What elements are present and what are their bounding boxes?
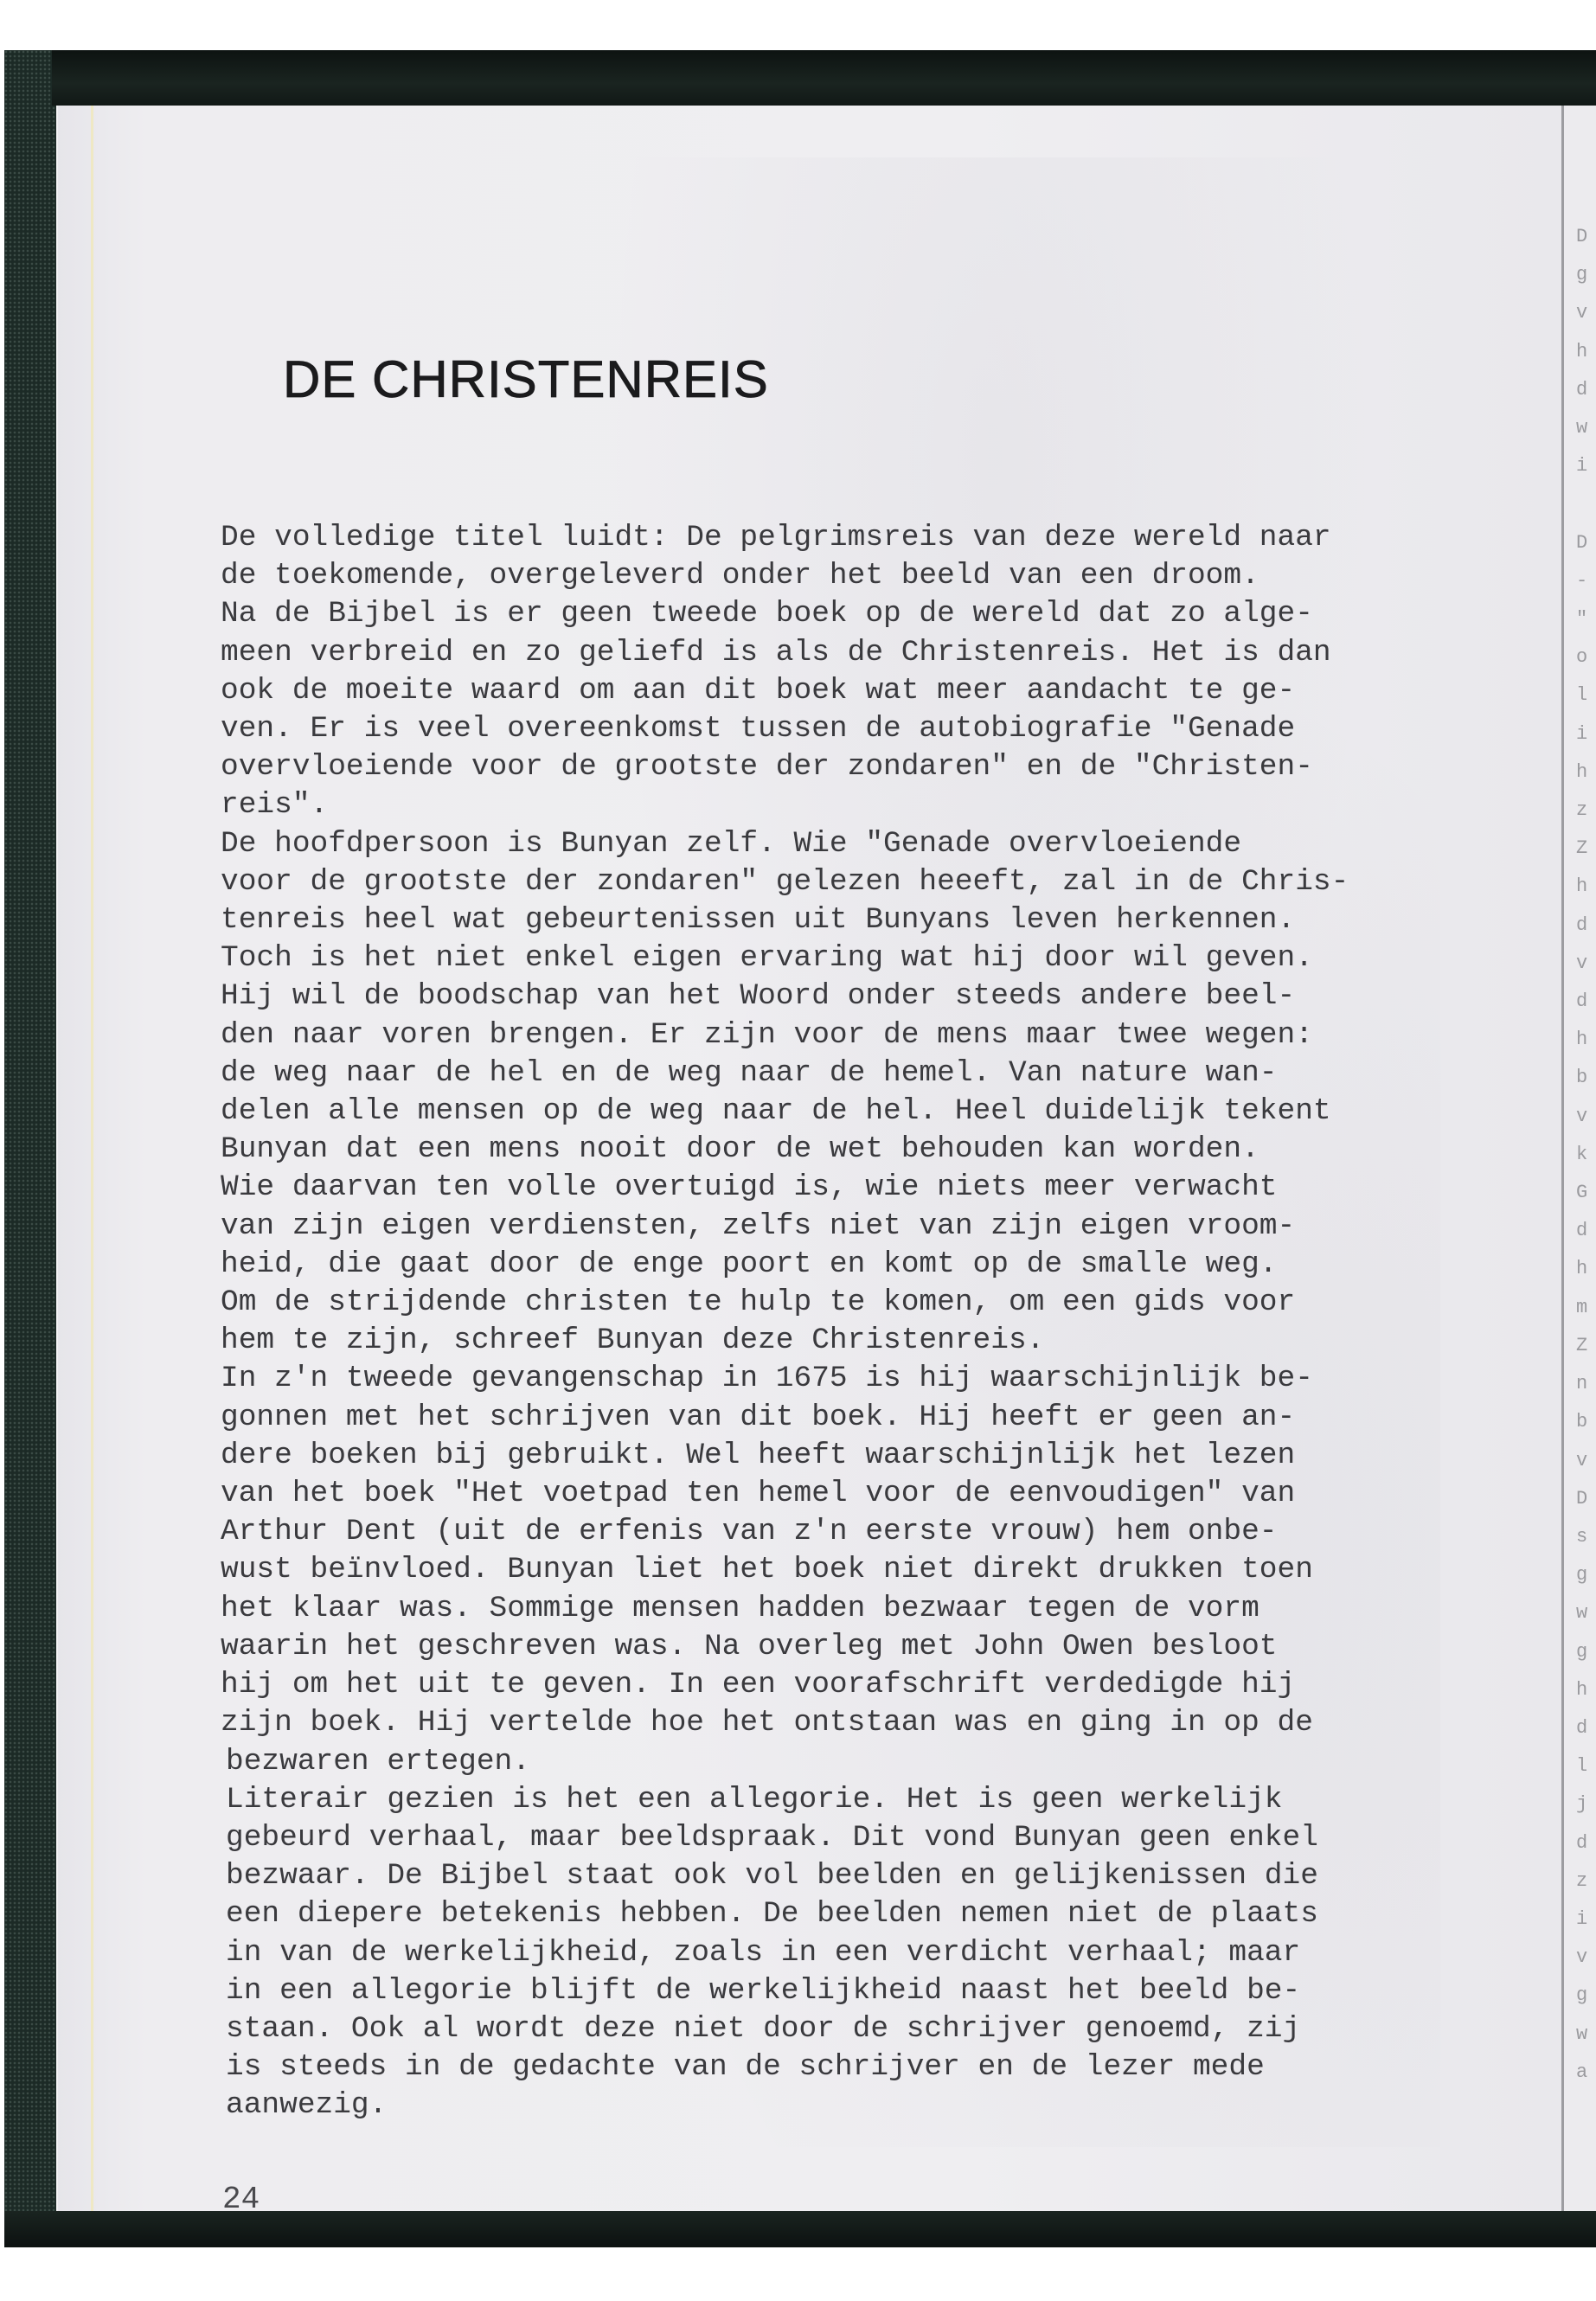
text-line: staan. Ook al wordt deze niet door de sc… [221, 2010, 1518, 2048]
text-line: Om de strijdende christen te hulp te kom… [221, 1284, 1518, 1322]
text-line: zijn boek. Hij vertelde hoe het ontstaan… [221, 1704, 1518, 1742]
text-line: bezwaar. De Bijbel staat ook vol beelden… [221, 1857, 1518, 1895]
page-number: 24 [222, 2182, 260, 2217]
strip-letter: w [1576, 409, 1587, 447]
text-line: van zijn eigen verdiensten, zelfs niet v… [221, 1208, 1518, 1246]
text-line: delen alle mensen op de weg naar de hel.… [221, 1093, 1518, 1131]
text-line: den naar voren brengen. Er zijn voor de … [221, 1016, 1518, 1054]
text-line: van het boek "Het voetpad ten hemel voor… [221, 1475, 1518, 1513]
strip-letter: G [1576, 1174, 1587, 1212]
text-line: meen verbreid en zo geliefd is als de Ch… [221, 634, 1518, 672]
text-line: Na de Bijbel is er geen tweede boek op d… [221, 595, 1518, 633]
strip-letter: h [1576, 1021, 1587, 1059]
strip-letter: s [1576, 1518, 1587, 1556]
text-line: een diepere betekenis hebben. De beelden… [221, 1895, 1518, 1933]
strip-letter: " [1576, 600, 1587, 638]
text-line: In z'n tweede gevangenschap in 1675 is h… [221, 1360, 1518, 1398]
text-line: bezwaren ertegen. [221, 1743, 1518, 1781]
strip-letter: h [1576, 1250, 1587, 1288]
strip-letter: d [1576, 907, 1587, 945]
strip-letter: g [1576, 256, 1587, 294]
strip-letter: v [1576, 1098, 1587, 1136]
text-line: Toch is het niet enkel eigen ervaring wa… [221, 939, 1518, 977]
strip-letter: k [1576, 1136, 1587, 1174]
strip-letter: n [1576, 1365, 1587, 1403]
strip-letter: d [1576, 983, 1587, 1021]
book-page: DE CHRISTENREIS De volledige titel luidt… [56, 106, 1561, 2211]
strip-letter: d [1576, 371, 1587, 409]
strip-letter: i [1576, 715, 1587, 753]
adjacent-page-letters: Dgvhdwi D-"olihzZhdvdhbvkGdhmZnbvDsgwghd… [1576, 218, 1587, 2092]
text-line: dere boeken bij gebruikt. Wel heeft waar… [221, 1437, 1518, 1475]
strip-letter: D [1576, 1480, 1587, 1518]
strip-letter: a [1576, 2054, 1587, 2092]
strip-letter: w [1576, 1594, 1587, 1632]
text-line: overvloeiende voor de grootste der zonda… [221, 748, 1518, 786]
text-line: ook de moeite waard om aan dit boek wat … [221, 672, 1518, 710]
text-line: wust beïnvloed. Bunyan liet het boek nie… [221, 1551, 1518, 1589]
strip-letter: D [1576, 218, 1587, 256]
text-line: De hoofdpersoon is Bunyan zelf. Wie "Gen… [221, 825, 1518, 863]
top-binding-band [52, 50, 1596, 106]
strip-letter: v [1576, 294, 1587, 332]
strip-letter: z [1576, 1862, 1587, 1900]
text-line: voor de grootste der zondaren" gelezen h… [221, 863, 1518, 901]
strip-letter: w [1576, 2016, 1587, 2054]
strip-letter [1576, 485, 1587, 523]
strip-letter: i [1576, 447, 1587, 485]
strip-letter: o [1576, 638, 1587, 676]
strip-letter: v [1576, 1442, 1587, 1480]
text-line: in een allegorie blijft de werkelijkheid… [221, 1972, 1518, 2010]
body-text: De volledige titel luidt: De pelgrimsrei… [221, 519, 1518, 2125]
text-line: tenreis heel wat gebeurtenissen uit Buny… [221, 901, 1518, 939]
strip-letter: g [1576, 1556, 1587, 1594]
book-binding: DE CHRISTENREIS De volledige titel luidt… [4, 50, 1596, 2247]
text-line: het klaar was. Sommige mensen hadden bez… [221, 1590, 1518, 1628]
text-line: in van de werkelijkheid, zoals in een ve… [221, 1934, 1518, 1972]
text-line: de toekomende, overgeleverd onder het be… [221, 557, 1518, 595]
text-line: hem te zijn, schreef Bunyan deze Christe… [221, 1322, 1518, 1360]
strip-letter: b [1576, 1059, 1587, 1097]
text-line: Wie daarvan ten volle overtuigd is, wie … [221, 1169, 1518, 1207]
strip-letter: - [1576, 562, 1587, 600]
strip-letter: h [1576, 333, 1587, 371]
strip-letter: g [1576, 1977, 1587, 2015]
strip-letter: i [1576, 1900, 1587, 1939]
text-line: Hij wil de boodschap van het Woord onder… [221, 977, 1518, 1016]
strip-letter: h [1576, 868, 1587, 906]
text-line: de weg naar de hel en de weg naar de hem… [221, 1054, 1518, 1093]
strip-letter: j [1576, 1785, 1587, 1823]
strip-letter: d [1576, 1212, 1587, 1250]
page-edge-line [91, 106, 93, 2211]
text-line: hij om het uit te geven. In een voorafsc… [221, 1666, 1518, 1704]
strip-letter: Z [1576, 830, 1587, 868]
strip-letter: b [1576, 1403, 1587, 1441]
text-line: waarin het geschreven was. Na overleg me… [221, 1628, 1518, 1666]
text-line: gonnen met het schrijven van dit boek. H… [221, 1399, 1518, 1437]
strip-letter: v [1576, 1939, 1587, 1977]
strip-letter: d [1576, 1709, 1587, 1747]
text-line: Bunyan dat een mens nooit door de wet be… [221, 1131, 1518, 1169]
page-title: DE CHRISTENREIS [283, 349, 769, 409]
text-line: gebeurd verhaal, maar beeldspraak. Dit v… [221, 1819, 1518, 1857]
strip-letter: Z [1576, 1327, 1587, 1365]
text-line: Arthur Dent (uit de erfenis van z'n eers… [221, 1513, 1518, 1551]
strip-letter: d [1576, 1824, 1587, 1862]
text-line: De volledige titel luidt: De pelgrimsrei… [221, 519, 1518, 557]
strip-letter: g [1576, 1633, 1587, 1671]
adjacent-page-edge: Dgvhdwi D-"olihzZhdvdhbvkGdhmZnbvDsgwghd… [1561, 106, 1596, 2211]
strip-letter: l [1576, 1747, 1587, 1785]
strip-letter: l [1576, 676, 1587, 715]
text-line: heid, die gaat door de enge poort en kom… [221, 1246, 1518, 1284]
text-line: Literair gezien is het een allegorie. He… [221, 1781, 1518, 1819]
strip-letter: m [1576, 1289, 1587, 1327]
strip-letter: h [1576, 753, 1587, 792]
text-line: reis". [221, 786, 1518, 824]
text-line: aanwezig. [221, 2086, 1518, 2125]
strip-letter: h [1576, 1671, 1587, 1709]
strip-letter: z [1576, 792, 1587, 830]
strip-letter: D [1576, 524, 1587, 562]
text-line: ven. Er is veel overeenkomst tussen de a… [221, 710, 1518, 748]
text-line: is steeds in de gedachte van de schrijve… [221, 2048, 1518, 2086]
strip-letter: v [1576, 945, 1587, 983]
